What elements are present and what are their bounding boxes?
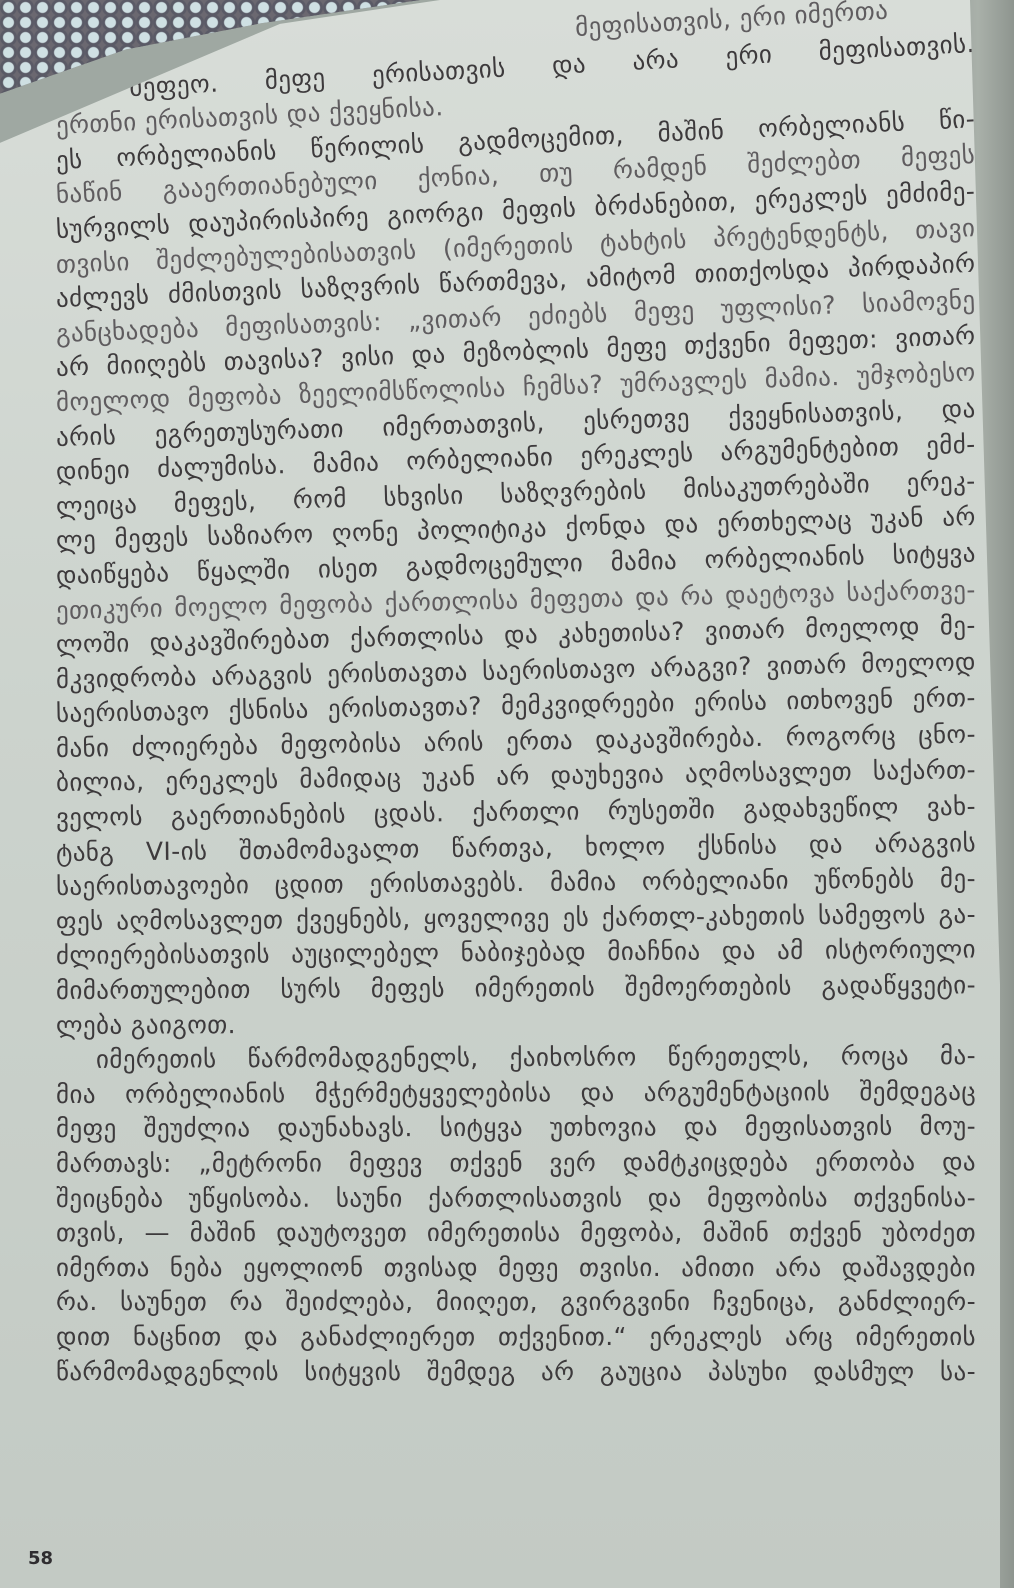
text-line: თვის, — მაშინ დაუტოვეთ იმერეთისა მეფობა,… (56, 1216, 976, 1251)
text-line: ლება გაიგოთ. (56, 1004, 976, 1043)
text-line: მეფე შეუძლია დაუნახავს. სიტყვა უთხოვია დ… (56, 1110, 976, 1147)
text-line: ძლიერებისათვის აუცილებელ ნაბიჯებად მიაჩნ… (56, 933, 976, 974)
text-line: იმერთა ნება ეყოლიონ თვისად მეფე თვისი. ა… (56, 1251, 976, 1286)
paragraph-start-line: იმერეთის წარმომადგენელს, ქაიხოსრო წერეთე… (56, 1039, 976, 1078)
text-line: შეიცნება უწყისობა. საუნი ქართლისათვის და… (56, 1181, 976, 1216)
text-line: დით ნაცნით და განაძლიერეთ თქვენით.“ ერეკ… (56, 1320, 976, 1355)
page-number: 58 (28, 1548, 53, 1569)
book-page: მეფისათვის, ერი იმერთა ნი მეფეო. მეფე ერ… (0, 0, 1000, 1588)
text-line: მიმართულებით სურს მეფეს იმერეთის შემოერთ… (56, 968, 976, 1008)
text-line: მართავს: „მეტრონი მეფევ თქვენ ვერ დამტკი… (56, 1145, 976, 1181)
text-line: რა. საუნეთ რა შეიძლება, მიიღეთ, გვირგვინ… (56, 1285, 976, 1320)
body-text: მეფისათვის, ერი იმერთა ნი მეფეო. მეფე ერ… (56, 40, 976, 1389)
text-line: მია ორბელიანის მჭერმეტყველებისა და არგუმ… (56, 1075, 976, 1113)
text-line: წარმომადგენლის სიტყვის შემდეგ არ გაუცია … (56, 1355, 976, 1390)
